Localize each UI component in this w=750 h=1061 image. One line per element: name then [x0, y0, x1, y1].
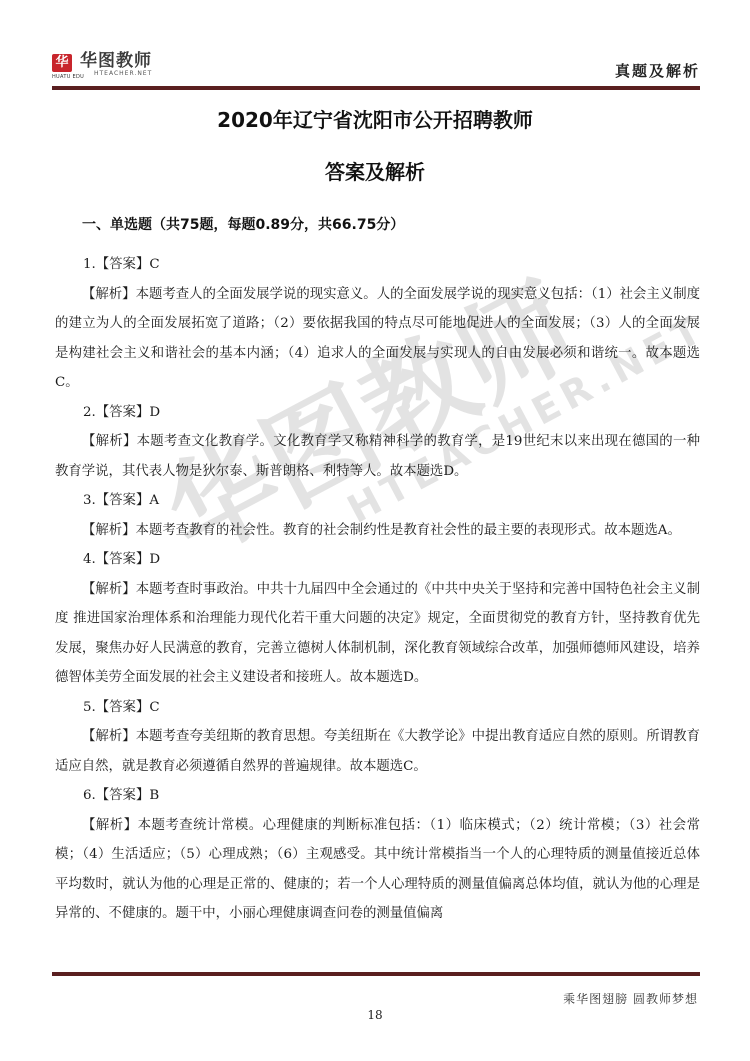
answer-analysis: 【解析】本题考查夸美纽斯的教育思想。夸美纽斯在《大教学论》中提出教育适应自然的原… — [55, 722, 700, 781]
answer-item-4: 4.【答案】D 【解析】本题考查时事政治。中共十九届四中全会通过的《中共中央关于… — [55, 545, 700, 693]
answer-key: 2.【答案】D — [55, 398, 700, 428]
logo-name: 华图教师 — [80, 52, 152, 70]
footer-divider — [52, 972, 700, 976]
answer-analysis: 【解析】本题考查文化教育学。文化教育学又称精神科学的教育学，是19世纪末以来出现… — [55, 427, 700, 486]
answer-key: 5.【答案】C — [55, 693, 700, 723]
answer-item-2: 2.【答案】D 【解析】本题考查文化教育学。文化教育学又称精神科学的教育学，是1… — [55, 398, 700, 487]
answer-item-5: 5.【答案】C 【解析】本题考查夸美纽斯的教育思想。夸美纽斯在《大教学论》中提出… — [55, 693, 700, 782]
header-label: 真题及解析 — [615, 60, 700, 81]
answer-key: 1.【答案】C — [55, 250, 700, 280]
answer-key: 4.【答案】D — [55, 545, 700, 575]
footer-slogan: 乘华图翅膀 圆教师梦想 — [563, 990, 698, 1007]
answer-key: 6.【答案】B — [55, 781, 700, 811]
answer-item-3: 3.【答案】A 【解析】本题考查教育的社会性。教育的社会制约性是教育社会性的最主… — [55, 486, 700, 545]
answer-analysis: 【解析】本题考查人的全面发展学说的现实意义。人的全面发展学说的现实意义包括：（1… — [55, 280, 700, 398]
page-number: 18 — [0, 1008, 750, 1022]
document-title: 2020年辽宁省沈阳市公开招聘教师 — [0, 104, 750, 133]
answer-item-1: 1.【答案】C 【解析】本题考查人的全面发展学说的现实意义。人的全面发展学说的现… — [55, 250, 700, 398]
answer-analysis: 【解析】本题考查时事政治。中共十九届四中全会通过的《中共中央关于坚持和完善中国特… — [55, 575, 700, 693]
page-header: 华 HUATU EDU 华图教师 HTEACHER.NET 真题及解析 — [52, 52, 700, 90]
answer-analysis: 【解析】本题考查统计常模。心理健康的判断标准包括：（1）临床模式；（2）统计常模… — [55, 811, 700, 929]
logo-mark-icon: 华 — [52, 54, 72, 72]
answer-list: 1.【答案】C 【解析】本题考查人的全面发展学说的现实意义。人的全面发展学说的现… — [55, 250, 700, 929]
logo-domain: HTEACHER.NET — [94, 70, 152, 78]
answer-item-6: 6.【答案】B 【解析】本题考查统计常模。心理健康的判断标准包括：（1）临床模式… — [55, 781, 700, 929]
logo-mark-caption: HUATU EDU — [52, 74, 84, 80]
section-heading: 一、单选题（共75题，每题0.89分，共66.75分） — [82, 214, 404, 234]
answer-key: 3.【答案】A — [55, 486, 700, 516]
header-divider — [52, 86, 700, 90]
brand-logo: 华 HUATU EDU 华图教师 HTEACHER.NET — [52, 52, 152, 84]
answer-analysis: 【解析】本题考查教育的社会性。教育的社会制约性是教育社会性的最主要的表现形式。故… — [55, 516, 700, 546]
document-subtitle: 答案及解析 — [0, 156, 750, 185]
